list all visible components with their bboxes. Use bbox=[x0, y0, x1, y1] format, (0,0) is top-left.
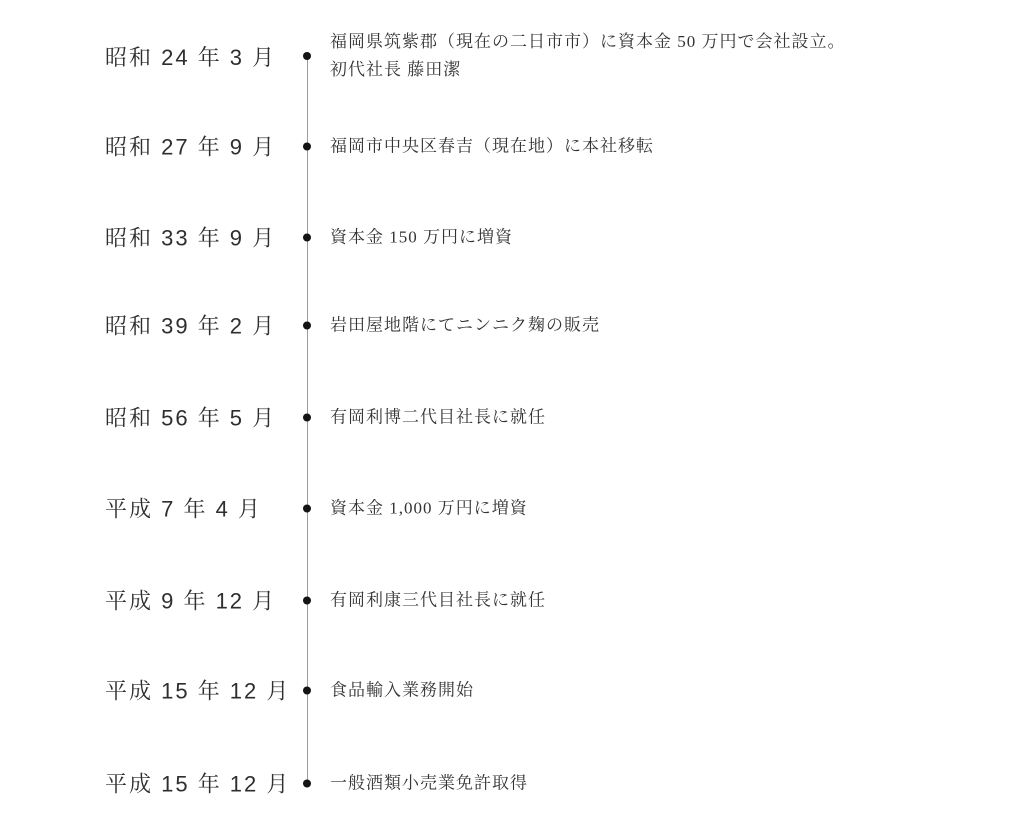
timeline-date: 昭和 24 年 3 月 bbox=[105, 41, 303, 72]
timeline-dot-icon bbox=[303, 52, 311, 60]
timeline-date: 平成 9 年 12 月 bbox=[105, 585, 303, 616]
timeline-dot-icon bbox=[303, 779, 311, 787]
timeline-date: 平成 15 年 12 月 bbox=[105, 675, 303, 706]
timeline-date: 昭和 27 年 9 月 bbox=[105, 131, 303, 162]
timeline-date: 平成 7 年 4 月 bbox=[105, 493, 303, 524]
timeline-description: 資本金 150 万円に増資 bbox=[330, 223, 513, 251]
timeline-dot-icon bbox=[303, 142, 311, 150]
timeline-dot-icon bbox=[303, 413, 311, 421]
timeline-date: 昭和 56 年 5 月 bbox=[105, 402, 303, 433]
company-history-timeline: 昭和 24 年 3 月 福岡県筑紫郡（現在の二日市市）に資本金 50 万円で会社… bbox=[0, 0, 1024, 829]
timeline-dot-icon bbox=[303, 504, 311, 512]
timeline-entry: 昭和 24 年 3 月 福岡県筑紫郡（現在の二日市市）に資本金 50 万円で会社… bbox=[0, 28, 1024, 84]
timeline-description: 一般酒類小売業免許取得 bbox=[330, 769, 528, 797]
timeline-description: 岩田屋地階にてニンニク麹の販売 bbox=[330, 311, 600, 339]
timeline-entry: 平成 9 年 12 月 有岡利康三代目社長に就任 bbox=[0, 585, 1024, 616]
timeline-entry: 平成 15 年 12 月 一般酒類小売業免許取得 bbox=[0, 768, 1024, 799]
timeline-description: 有岡利博二代目社長に就任 bbox=[330, 403, 546, 431]
timeline-entry: 昭和 33 年 9 月 資本金 150 万円に増資 bbox=[0, 222, 1024, 253]
timeline-date: 昭和 33 年 9 月 bbox=[105, 222, 303, 253]
timeline-dot-icon bbox=[303, 596, 311, 604]
timeline-date: 平成 15 年 12 月 bbox=[105, 768, 303, 799]
timeline-entry: 昭和 39 年 2 月 岩田屋地階にてニンニク麹の販売 bbox=[0, 310, 1024, 341]
timeline-entry: 平成 7 年 4 月 資本金 1,000 万円に増資 bbox=[0, 493, 1024, 524]
timeline-description: 福岡市中央区春吉（現在地）に本社移転 bbox=[330, 132, 654, 160]
timeline-entry: 昭和 56 年 5 月 有岡利博二代目社長に就任 bbox=[0, 402, 1024, 433]
timeline-description: 有岡利康三代目社長に就任 bbox=[330, 586, 546, 614]
timeline-dot-icon bbox=[303, 321, 311, 329]
timeline-description: 福岡県筑紫郡（現在の二日市市）に資本金 50 万円で会社設立。 初代社長 藤田潔 bbox=[330, 28, 846, 84]
timeline-description: 食品輸入業務開始 bbox=[330, 676, 474, 704]
timeline-entry: 平成 15 年 12 月 食品輸入業務開始 bbox=[0, 675, 1024, 706]
timeline-date: 昭和 39 年 2 月 bbox=[105, 310, 303, 341]
timeline-dot-icon bbox=[303, 233, 311, 241]
timeline-description: 資本金 1,000 万円に増資 bbox=[330, 494, 528, 522]
timeline-dot-icon bbox=[303, 686, 311, 694]
timeline-entry: 昭和 27 年 9 月 福岡市中央区春吉（現在地）に本社移転 bbox=[0, 131, 1024, 162]
